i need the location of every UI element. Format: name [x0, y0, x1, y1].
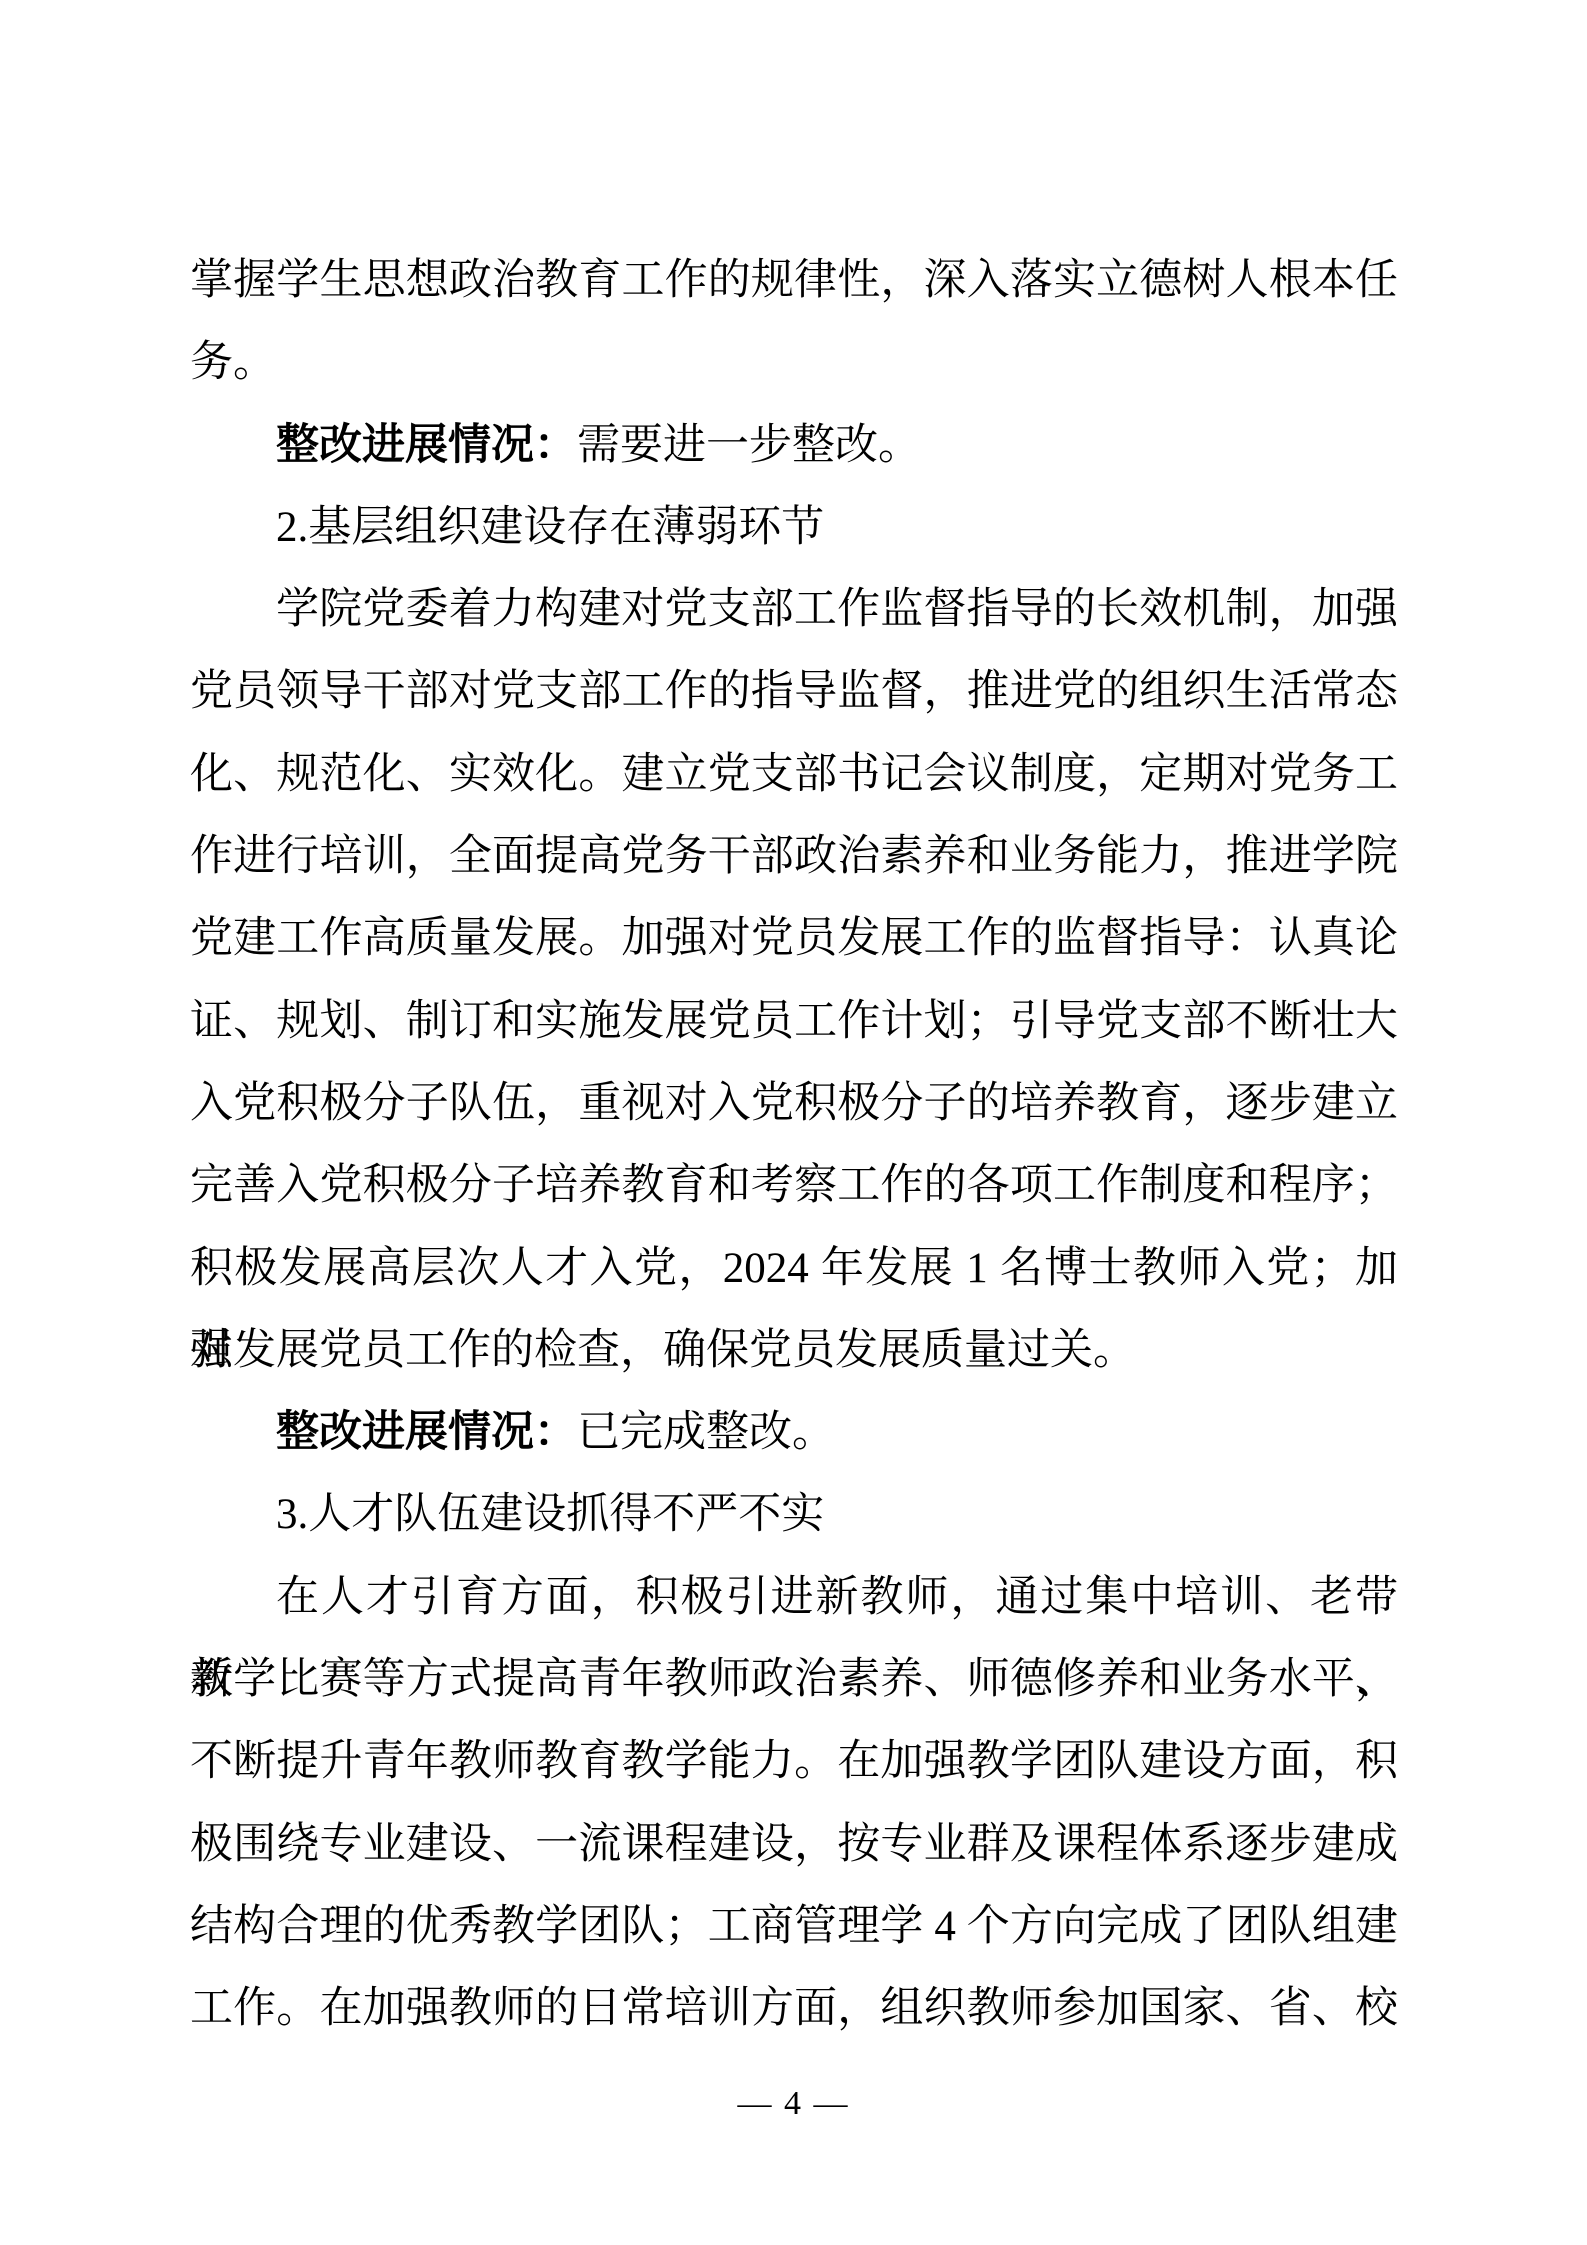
text-line: 学院党委着力构建对党支部工作监督指导的长效机制，加强: [190, 569, 1398, 651]
text-line: 化、规范化、实效化。建立党支部书记会议制度，定期对党务工: [190, 734, 1398, 816]
line-text: 掌握学生思想政治教育工作的规律性，深入落实立德树人根本任: [190, 257, 1398, 304]
page-number: — 4 —: [0, 2082, 1587, 2126]
text-line: 3.人才队伍建设抓得不严不实: [190, 1474, 1398, 1556]
line-text: 党建工作高质量发展。加强对党员发展工作的监督指导：认真论: [190, 915, 1398, 962]
text-line: 掌握学生思想政治教育工作的规律性，深入落实立德树人根本任: [190, 240, 1398, 322]
line-text: 教学比赛等方式提高青年教师政治素养、师德修养和业务水平，: [190, 1656, 1398, 1703]
line-text: 党员领导干部对党支部工作的指导监督，推进党的组织生活常态: [190, 668, 1398, 715]
line-text: 作进行培训，全面提高党务干部政治素养和业务能力，推进学院: [190, 833, 1398, 880]
line-text: 入党积极分子队伍，重视对入党积极分子的培养教育，逐步建立: [190, 1080, 1398, 1127]
line-text: 3.人才队伍建设抓得不严不实: [276, 1491, 824, 1538]
line-text: 工作。在加强教师的日常培训方面，组织教师参加国家、省、校: [190, 1985, 1398, 2032]
line-text: 学院党委着力构建对党支部工作监督指导的长效机制，加强: [276, 586, 1398, 633]
text-line: 完善入党积极分子培养教育和考察工作的各项工作制度和程序；: [190, 1145, 1398, 1227]
line-text: 已完成整改。: [577, 1409, 835, 1456]
document-page: 掌握学生思想政治教育工作的规律性，深入落实立德树人根本任务。整改进展情况：需要进…: [0, 0, 1587, 2245]
text-line: 极围绕专业建设、一流课程建设，按专业群及课程体系逐步建成: [190, 1804, 1398, 1886]
line-text: 化、规范化、实效化。建立党支部书记会议制度，定期对党务工: [190, 751, 1398, 798]
line-text: 对发展党员工作的检查，确保党员发展质量过关。: [190, 1327, 1136, 1374]
text-line: 整改进展情况：需要进一步整改。: [190, 405, 1398, 487]
line-text: 需要进一步整改。: [577, 422, 921, 469]
line-text: 证、规划、制订和实施发展党员工作计划；引导党支部不断壮大: [190, 998, 1398, 1045]
text-line: 不断提升青年教师教育教学能力。在加强教学团队建设方面，积: [190, 1721, 1398, 1803]
text-line: 在人才引育方面，积极引进新教师，通过集中培训、老带新、: [190, 1557, 1398, 1639]
text-line: 党员领导干部对党支部工作的指导监督，推进党的组织生活常态: [190, 651, 1398, 733]
text-line: 积极发展高层次人才入党，2024 年发展 1 名博士教师入党；加强: [190, 1228, 1398, 1310]
text-line: 整改进展情况：已完成整改。: [190, 1392, 1398, 1474]
line-text: 2.基层组织建设存在薄弱环节: [276, 504, 824, 551]
text-line: 2.基层组织建设存在薄弱环节: [190, 487, 1398, 569]
text-line: 党建工作高质量发展。加强对党员发展工作的监督指导：认真论: [190, 898, 1398, 980]
text-line: 对发展党员工作的检查，确保党员发展质量过关。: [190, 1310, 1398, 1392]
line-text: 极围绕专业建设、一流课程建设，按专业群及课程体系逐步建成: [190, 1821, 1398, 1868]
line-text: 不断提升青年教师教育教学能力。在加强教学团队建设方面，积: [190, 1738, 1398, 1785]
text-line: 结构合理的优秀教学团队；工商管理学 4 个方向完成了团队组建: [190, 1886, 1398, 1968]
text-line: 务。: [190, 322, 1398, 404]
line-text: 务。: [190, 339, 276, 386]
text-line: 作进行培训，全面提高党务干部政治素养和业务能力，推进学院: [190, 816, 1398, 898]
bold-label: 整改进展情况：: [276, 422, 577, 469]
bold-label: 整改进展情况：: [276, 1409, 577, 1456]
document-body: 掌握学生思想政治教育工作的规律性，深入落实立德树人根本任务。整改进展情况：需要进…: [190, 240, 1398, 2051]
text-line: 证、规划、制订和实施发展党员工作计划；引导党支部不断壮大: [190, 981, 1398, 1063]
text-line: 入党积极分子队伍，重视对入党积极分子的培养教育，逐步建立: [190, 1063, 1398, 1145]
text-line: 工作。在加强教师的日常培训方面，组织教师参加国家、省、校: [190, 1968, 1398, 2050]
line-text: 完善入党积极分子培养教育和考察工作的各项工作制度和程序；: [190, 1162, 1398, 1209]
text-line: 教学比赛等方式提高青年教师政治素养、师德修养和业务水平，: [190, 1639, 1398, 1721]
line-text: 结构合理的优秀教学团队；工商管理学 4 个方向完成了团队组建: [190, 1903, 1398, 1950]
